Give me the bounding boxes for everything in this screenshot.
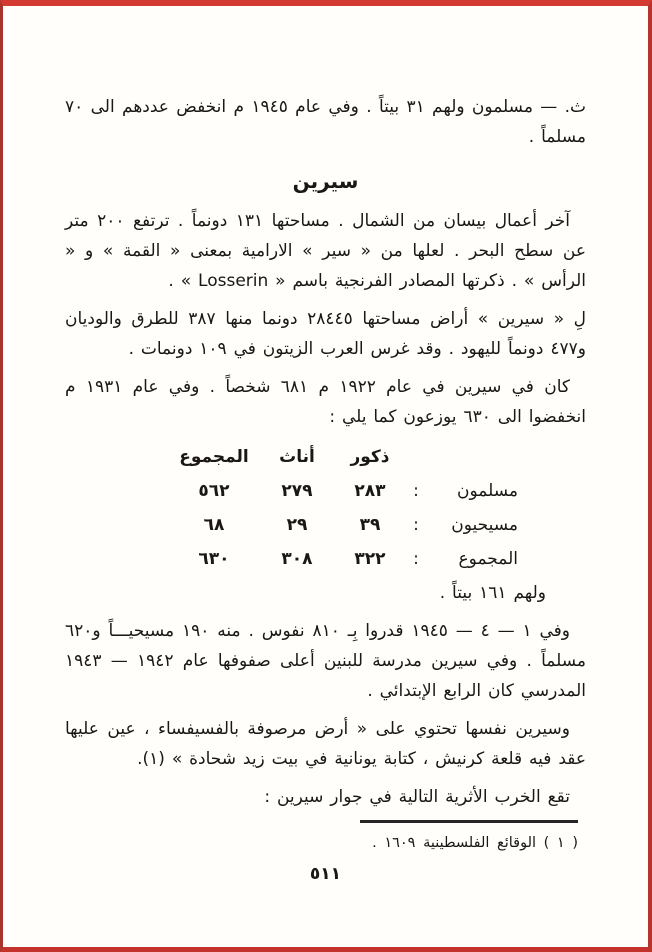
census-row-total-males: ٣٢٢ <box>334 542 406 576</box>
census-row-muslims-males: ٢٨٣ <box>334 474 406 508</box>
census-row-christians-females: ٢٩ <box>260 508 334 542</box>
paragraph-antiquities: وسيرين نفسها تحتوي على « أرض مرصوفة بالف… <box>65 714 586 774</box>
census-row-muslims-label: مسلمون <box>426 474 518 508</box>
paragraph-1945-estimate: وفي ١ — ٤ — ١٩٤٥ قدروا بِـ ٨١٠ نفوس . من… <box>65 616 586 706</box>
census-row-muslims-total: ٥٦٢ <box>168 474 260 508</box>
census-row-christians-colon: : <box>406 508 426 542</box>
intro-paragraph: ث. — مسلمون ولهم ٣١ بيتاً . وفي عام ١٩٤٥… <box>65 92 586 152</box>
paragraph-land-area: لِ « سيرين » أراض مساحتها ٢٨٤٤٥ دونما من… <box>65 304 586 364</box>
census-row-total-colon: : <box>406 542 426 576</box>
census-header-males: ذكور <box>334 440 406 474</box>
page-number: ٥١١ <box>3 864 648 884</box>
census-row-total-label: المجموع <box>426 542 518 576</box>
census-row-muslims-females: ٢٧٩ <box>260 474 334 508</box>
text-block: ث. — مسلمون ولهم ٣١ بيتاً . وفي عام ١٩٤٥… <box>65 6 586 855</box>
houses-count-line: ولهم ١٦١ بيتاً . <box>65 578 546 608</box>
section-heading-sirin: سيرين <box>65 166 586 196</box>
footnote-text: ( ١ ) الوقائع الفلسطينية ١٦٠٩ . <box>65 831 578 855</box>
census-row-total-females: ٣٠٨ <box>260 542 334 576</box>
census-row-christians-label: مسيحيون <box>426 508 518 542</box>
census-header-females: أناث <box>260 440 334 474</box>
census-row-total-total: ٦٣٠ <box>168 542 260 576</box>
census-header-empty-colon <box>406 440 426 474</box>
paragraph-population: كان في سيرين في عام ١٩٢٢ م ٦٨١ شخصاً . و… <box>65 372 586 432</box>
census-header-total: المجموع <box>168 440 260 474</box>
census-row-christians-total: ٦٨ <box>168 508 260 542</box>
paragraph-location: آخر أعمال بيسان من الشمال . مساحتها ١٣١ … <box>65 206 586 296</box>
census-row-christians-males: ٣٩ <box>334 508 406 542</box>
book-page: ث. — مسلمون ولهم ٣١ بيتاً . وفي عام ١٩٤٥… <box>0 0 652 952</box>
census-row-muslims-colon: : <box>406 474 426 508</box>
paragraph-nearby-ruins: تقع الخرب الأثرية التالية في جوار سيرين … <box>65 782 586 812</box>
footnote-divider <box>360 820 578 823</box>
census-table: ذكور أناث المجموع مسلمون : ٢٨٣ ٢٧٩ ٥٦٢ م… <box>168 440 518 576</box>
census-header-empty-label <box>426 440 518 474</box>
